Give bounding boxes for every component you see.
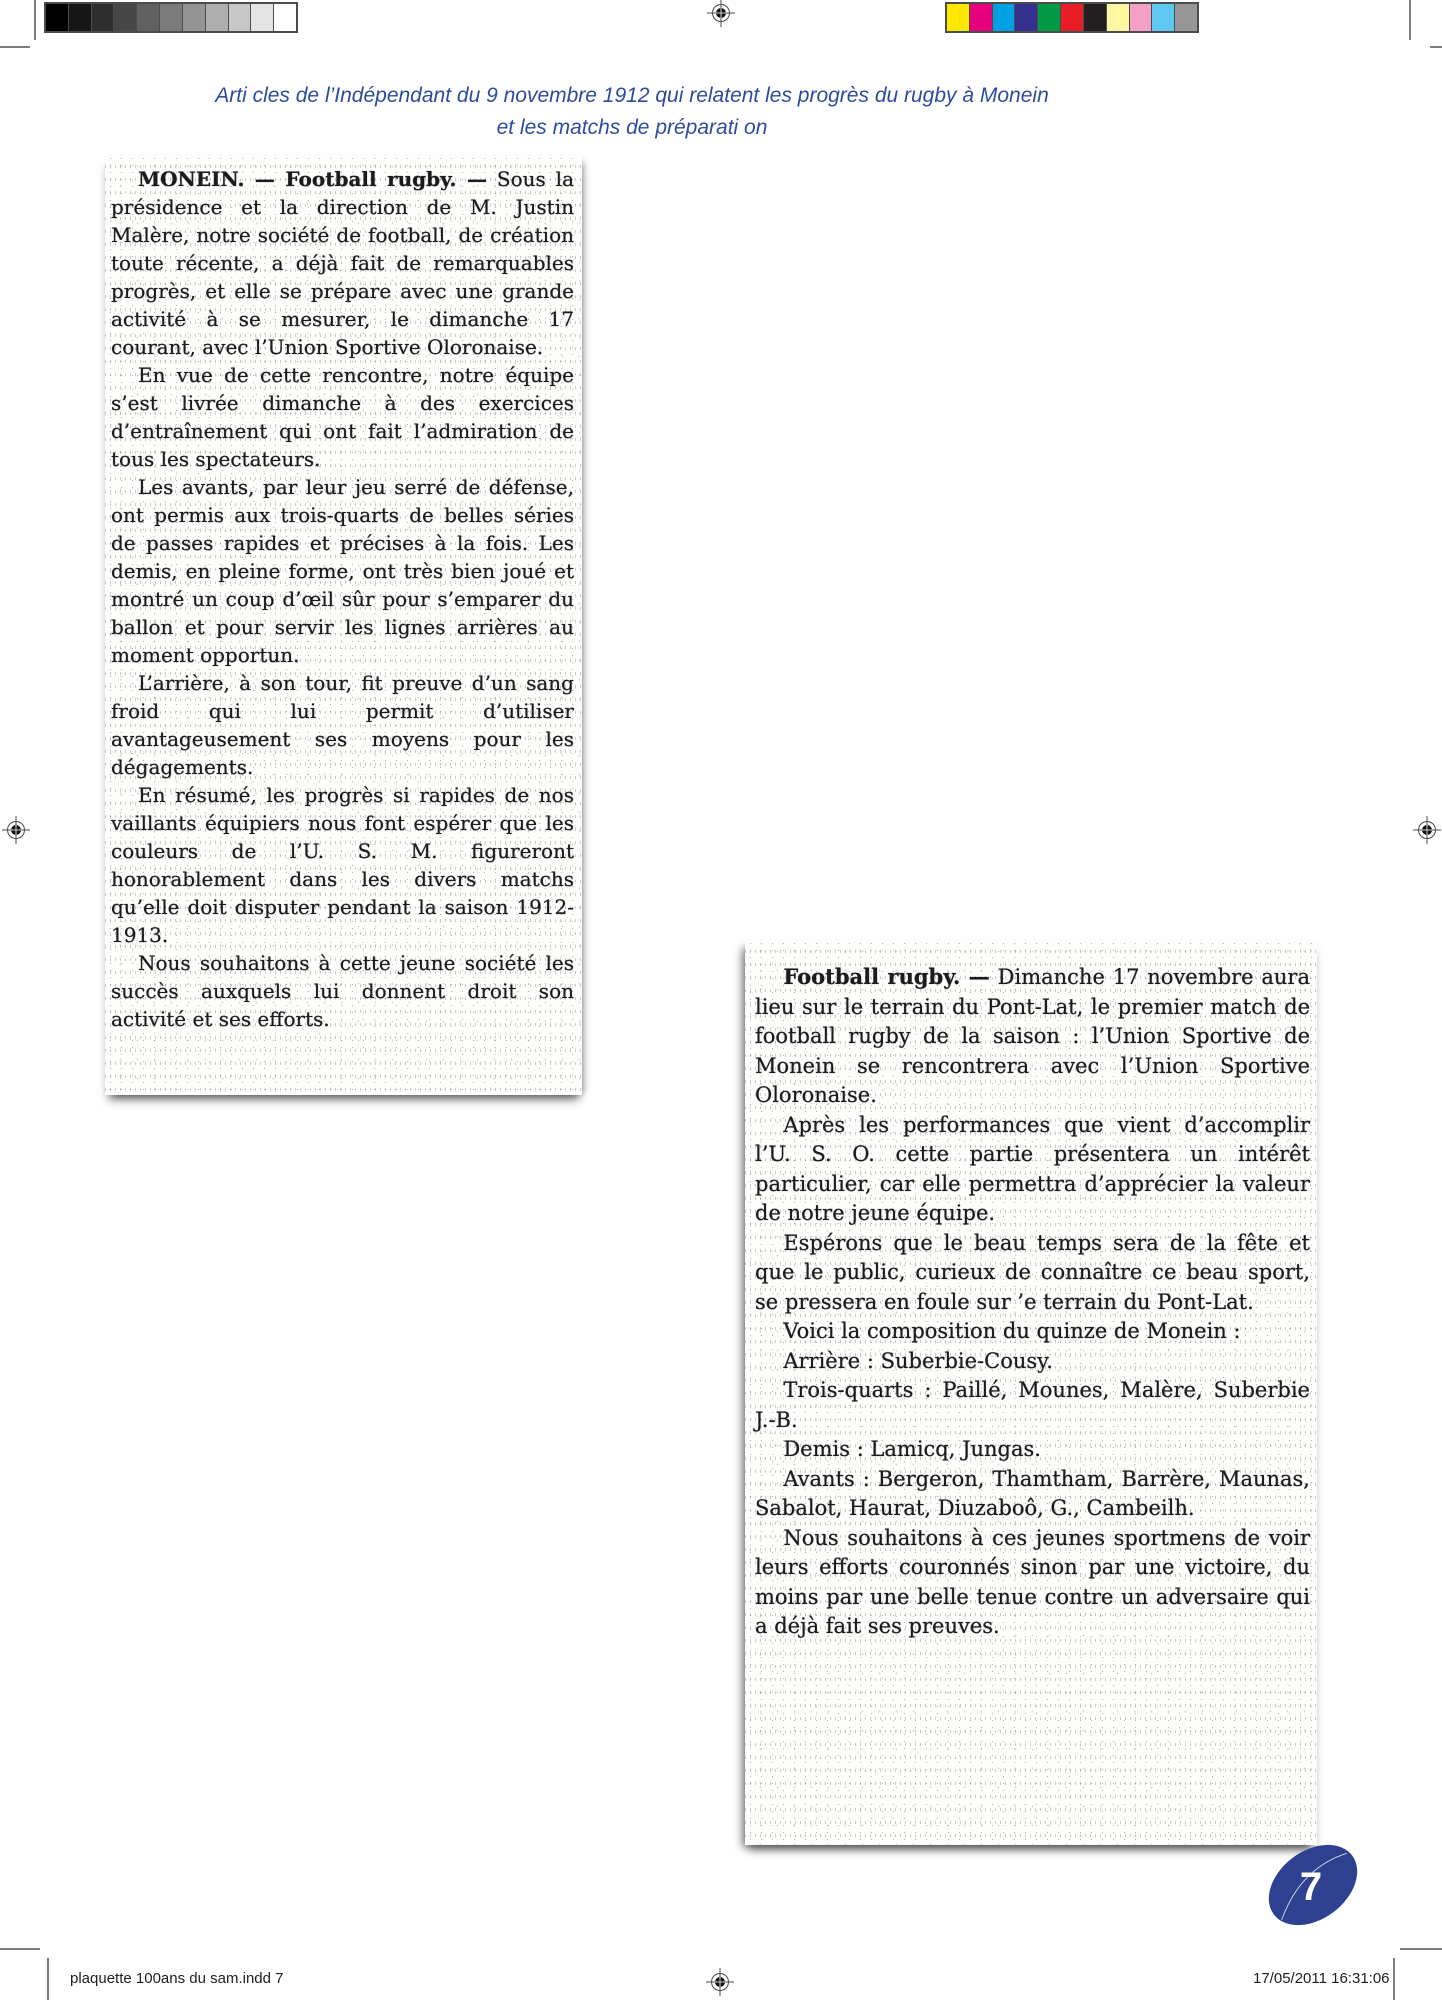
color-swatch [228, 4, 251, 31]
registration-mark-icon [2, 816, 30, 844]
color-swatch [947, 4, 969, 31]
article-paragraph: MONEIN. — Football rugby. — Sous la prés… [111, 165, 574, 361]
color-swatch [46, 4, 68, 31]
footer-timestamp: 17/05/2011 16:31:06 [1253, 1970, 1390, 1987]
color-swatch [1106, 4, 1129, 31]
crop-line [1430, 46, 1442, 48]
page-number: 7 [1300, 1865, 1322, 1909]
color-swatch [250, 4, 273, 31]
footer-file-name: plaquette 100ans du sam.indd 7 [70, 1970, 284, 1987]
crop-line [1400, 1948, 1442, 1950]
article-paragraph: Avants : Bergeron, Thamtham, Barrère, Ma… [755, 1465, 1310, 1524]
article-paragraph: Les avants, par leur jeu serré de défens… [111, 473, 574, 669]
color-swatch [1083, 4, 1106, 31]
color-swatch [205, 4, 228, 31]
article-2-headline: Football rugby. — [783, 964, 989, 989]
article-paragraph: Demis : Lamicq, Jungas. [755, 1435, 1310, 1465]
color-bar [945, 2, 1199, 33]
color-swatch [113, 4, 136, 31]
article-paragraph: Espérons que le beau temps sera de la fê… [755, 1229, 1310, 1318]
article-paragraph: En vue de cette rencontre, notre équipe … [111, 361, 574, 473]
color-swatch [159, 4, 182, 31]
article-paragraph: Nous souhaitons à ces jeunes sportmens d… [755, 1524, 1310, 1642]
color-swatch [1014, 4, 1037, 31]
article-paragraph: Arrière : Suberbie-Cousy. [755, 1347, 1310, 1377]
article-1-text: MONEIN. — Football rugby. — Sous la prés… [105, 155, 582, 1033]
newspaper-clipping-1: MONEIN. — Football rugby. — Sous la prés… [105, 155, 582, 1095]
crop-line [0, 1948, 40, 1950]
article-paragraph: Football rugby. — Dimanche 17 novembre a… [755, 962, 1310, 1111]
article-paragraph: Voici la composition du quinze de Monein… [755, 1317, 1310, 1347]
color-swatch [1129, 4, 1152, 31]
crop-line [0, 46, 30, 48]
color-swatch [68, 4, 91, 31]
color-swatch [1151, 4, 1174, 31]
article-paragraph: En résumé, les progrès si rapides de nos… [111, 781, 574, 949]
color-swatch [1174, 4, 1197, 31]
color-swatch [182, 4, 205, 31]
color-swatch [1060, 4, 1083, 31]
newspaper-clipping-2: Football rugby. — Dimanche 17 novembre a… [745, 940, 1317, 1845]
crop-line [34, 0, 36, 40]
article-paragraph: Après les performances que vient d’accom… [755, 1111, 1310, 1229]
color-swatch [992, 4, 1015, 31]
crop-line [1393, 1958, 1395, 2000]
color-swatch [273, 4, 296, 31]
page-root: Arti cles de l’Indépendant du 9 novembre… [0, 0, 1442, 2000]
color-swatch [91, 4, 114, 31]
article-2-text: Football rugby. — Dimanche 17 novembre a… [745, 940, 1317, 1642]
registration-mark-icon [706, 1968, 734, 1996]
page-title-line2: et les matchs de préparati on [0, 112, 1264, 144]
registration-mark-icon [1413, 816, 1441, 844]
color-swatch [136, 4, 159, 31]
article-paragraph: L’arrière, à son tour, fit preuve d’un s… [111, 669, 574, 781]
color-swatch [969, 4, 992, 31]
article-paragraph: Trois-quarts : Paillé, Mounes, Malère, S… [755, 1376, 1310, 1435]
crop-line [1409, 0, 1411, 40]
crop-line [47, 1958, 49, 2000]
article-1-headline: MONEIN. — Football rugby. — [138, 167, 487, 191]
color-swatch [1037, 4, 1060, 31]
page-title: Arti cles de l’Indépendant du 9 novembre… [0, 80, 1264, 144]
page-number-ball: 7 [1253, 1830, 1377, 1944]
page-title-line1: Arti cles de l’Indépendant du 9 novembre… [0, 80, 1264, 112]
article-paragraph: Nous souhaitons à cette jeune société le… [111, 949, 574, 1033]
registration-mark-icon [707, 0, 735, 27]
grayscale-bar [44, 2, 298, 33]
